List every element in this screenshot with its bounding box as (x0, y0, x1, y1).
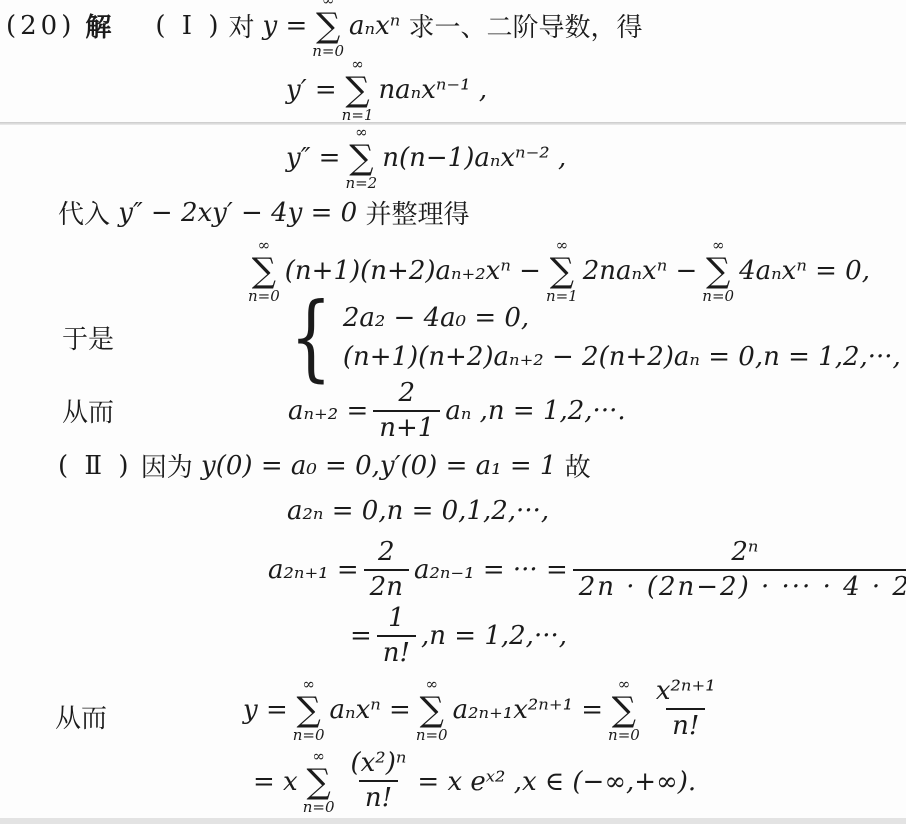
sigma-symbol: ∑ (252, 254, 276, 288)
sigma-symbol: ∑ (706, 254, 730, 288)
solve-label: 解 (85, 7, 111, 44)
line-substitute-ode: 代入 y″ − 2xy′ − 4y = 0 并整理得 (58, 194, 469, 231)
scan-bottom-strip (0, 818, 906, 824)
cases-row-1: 2a₂ − 4a₀ = 0, (343, 303, 901, 333)
text-therefore: 故 (556, 447, 590, 484)
text-find-derivatives: 求一、二阶导数，得 (400, 7, 642, 44)
cases-brace: { (290, 301, 332, 374)
hence-label: 从而 (62, 392, 114, 429)
sigma-symbol: ∑ (349, 141, 373, 175)
formula-second-derivative: y″ = ∞ ∑ n=2 n(n−1)aₙxⁿ⁻² , (286, 124, 566, 191)
text-dui: 对 (228, 7, 254, 44)
summation: ∞ ∑ n=1 (546, 237, 578, 304)
summation: ∞ ∑ n=1 (342, 56, 374, 123)
summation: ∞ ∑ n=0 (293, 676, 325, 743)
formula-recurrence: aₙ₊₂ = 2 n+1 aₙ ,n = 1,2,···. (288, 379, 626, 444)
problem-number: (20) (6, 11, 75, 41)
text-substitute: 代入 (58, 194, 118, 231)
formula-final-answer: = x ∞ ∑ n=0 (x²)ⁿ n! = x eˣ² ,x ∈ (−∞,+∞… (253, 748, 696, 815)
summation: ∞ ∑ n=0 (303, 748, 335, 815)
formula-cases-system: { 2a₂ − 4a₀ = 0, (n+1)(n+2)aₙ₊₂ − 2(n+2)… (281, 301, 901, 374)
line-part-two-initial-conditions: ( Ⅱ ) 因为 y(0) = a₀ = 0,y′(0) = a₁ = 1 故 (58, 447, 591, 484)
formula-series-solution: y = ∞ ∑ n=0 aₙxⁿ = ∞ ∑ n=0 a₂ₙ₊₁x²ⁿ⁺¹ = … (243, 676, 727, 743)
cases-row-2: (n+1)(n+2)aₙ₊₂ − 2(n+2)aₙ = 0,n = 1,2,··… (343, 342, 901, 372)
sigma-symbol: ∑ (550, 254, 574, 288)
formula-odd-coefficients: a₂ₙ₊₁ = 2 2n a₂ₙ₋₁ = ··· = 2ⁿ 2n · (2n−2… (268, 538, 906, 603)
summation: ∞ ∑ n=0 (312, 0, 344, 59)
summation: ∞ ∑ n=2 (345, 124, 377, 191)
sigma-symbol: ∑ (420, 693, 444, 727)
summation: ∞ ∑ n=0 (702, 237, 734, 304)
summation: ∞ ∑ n=0 (416, 676, 448, 743)
part-two-label: ( Ⅱ ) (58, 451, 133, 481)
sigma-symbol: ∑ (297, 693, 321, 727)
line-problem-statement: (20) 解 ( Ⅰ ) 对 y = ∞ ∑ n=0 aₙxⁿ 求一、二阶导数，… (6, 0, 643, 59)
summation: ∞ ∑ n=0 (248, 237, 280, 304)
fraction: 2 2n (364, 538, 409, 603)
sigma-symbol: ∑ (612, 693, 636, 727)
sigma-symbol: ∑ (306, 765, 330, 799)
fraction: 2ⁿ 2n · (2n−2) · ··· · 4 · 2 (573, 538, 906, 603)
hence-label: 从而 (55, 698, 107, 735)
sigma-symbol: ∑ (345, 73, 369, 107)
formula-coefficient-result: = 1 n! ,n = 1,2,···, (350, 604, 567, 669)
fraction: (x²)ⁿ n! (345, 749, 413, 814)
sigma-symbol: ∑ (316, 9, 340, 43)
formula-even-coefficients: a₂ₙ = 0,n = 0,1,2,···, (287, 496, 549, 526)
fraction: 1 n! (377, 604, 416, 669)
formula-combined-series: ∞ ∑ n=0 (n+1)(n+2)aₙ₊₂xⁿ − ∞ ∑ n=1 2naₙx… (243, 237, 870, 304)
thus-label: 于是 (62, 319, 114, 356)
summation: ∞ ∑ n=0 (608, 676, 640, 743)
formula-first-derivative: y′ = ∞ ∑ n=1 naₙxⁿ⁻¹ , (286, 56, 487, 123)
fraction: x²ⁿ⁺¹ n! (650, 677, 722, 742)
fraction: 2 n+1 (373, 379, 440, 444)
text-rearrange: 并整理得 (357, 194, 469, 231)
part-one-label: ( Ⅰ ) (155, 11, 222, 41)
text-because: 因为 (133, 447, 202, 484)
